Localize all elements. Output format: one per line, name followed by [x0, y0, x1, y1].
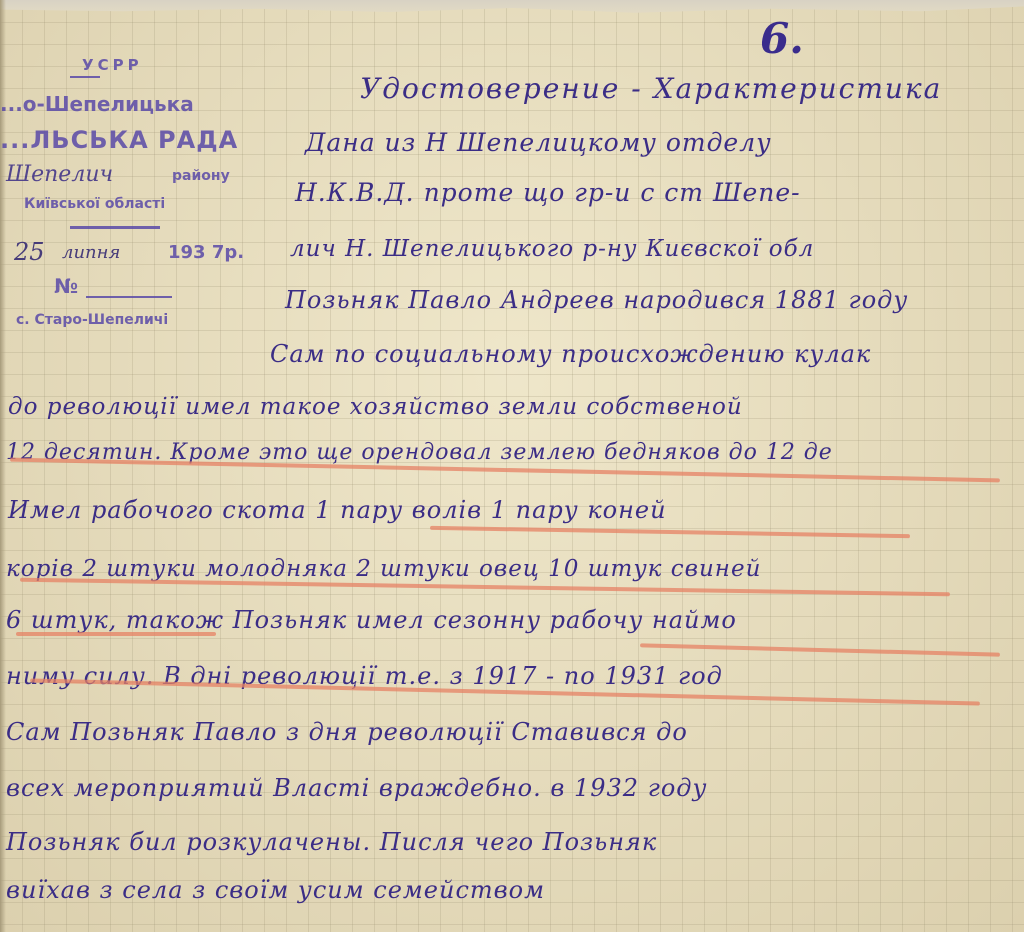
document-title: Удостоверение - Характеристика	[360, 72, 942, 105]
text-line-4: Позьняк Павло Андреев народився 1881 год…	[285, 286, 908, 314]
stamp-date-year: 193 7р.	[168, 242, 244, 263]
stamp-council-name: ...о-Шепелицька	[0, 92, 194, 116]
stamp-village: с. Старо-Шепеличі	[16, 312, 168, 328]
text-line-13: всех мероприятий Власті враждебно. в 193…	[6, 774, 707, 802]
stamp-date-day: 25	[14, 238, 45, 266]
stamp-district-handwritten: Шепелич	[6, 162, 113, 187]
text-line-15: виїхав з села з своїм усим семейством	[6, 876, 545, 904]
text-line-5: Сам по социальному происхождению кулак	[270, 340, 871, 368]
stamp-council-type: ...ЛЬСЬКА РАДА	[0, 126, 238, 154]
stamp-number-label: №	[54, 274, 78, 298]
stamp-number-line	[86, 296, 172, 298]
pencil-underline	[430, 526, 910, 538]
stamp-date-month: липня	[62, 242, 120, 263]
village-council-stamp: УСРР ...о-Шепелицька ...ЛЬСЬКА РАДА Шепе…	[0, 50, 270, 340]
document-page: 6. УСРР ...о-Шепелицька ...ЛЬСЬКА РАДА Ш…	[0, 0, 1024, 932]
text-line-9: корів 2 штуки молодняка 2 штуки овец 10 …	[6, 556, 761, 582]
text-line-14: Позьняк бил розкулачены. Писля чего Позь…	[6, 828, 657, 856]
stamp-divider	[70, 76, 100, 78]
stamp-district-label: району	[172, 168, 230, 184]
text-line-2: Н.К.В.Д. проте що гр-и с ст Шепе-	[295, 178, 801, 207]
text-line-10: 6 штук, також Позьняк имел сезонну рабоч…	[6, 606, 737, 634]
pencil-underline	[16, 632, 216, 636]
torn-top-edge	[0, 0, 1024, 16]
text-line-8: Имел рабочого скота 1 пару волів 1 пару …	[8, 496, 667, 524]
stamp-ornament	[70, 226, 160, 229]
text-line-1: Дана из Н Шепелицкому отделу	[305, 128, 772, 157]
stamp-republic: УСРР	[82, 56, 143, 74]
text-line-12: Сам Позьняк Павло з дня революції Ставив…	[6, 718, 688, 746]
stamp-region: Київської області	[24, 196, 165, 212]
text-line-3: лич Н. Шепелицького р-ну Києвскої обл	[290, 236, 814, 262]
page-number: 6.	[760, 14, 804, 63]
text-line-6: до революції имел такое хозяйство земли …	[8, 394, 743, 420]
pencil-underline	[640, 643, 1000, 656]
